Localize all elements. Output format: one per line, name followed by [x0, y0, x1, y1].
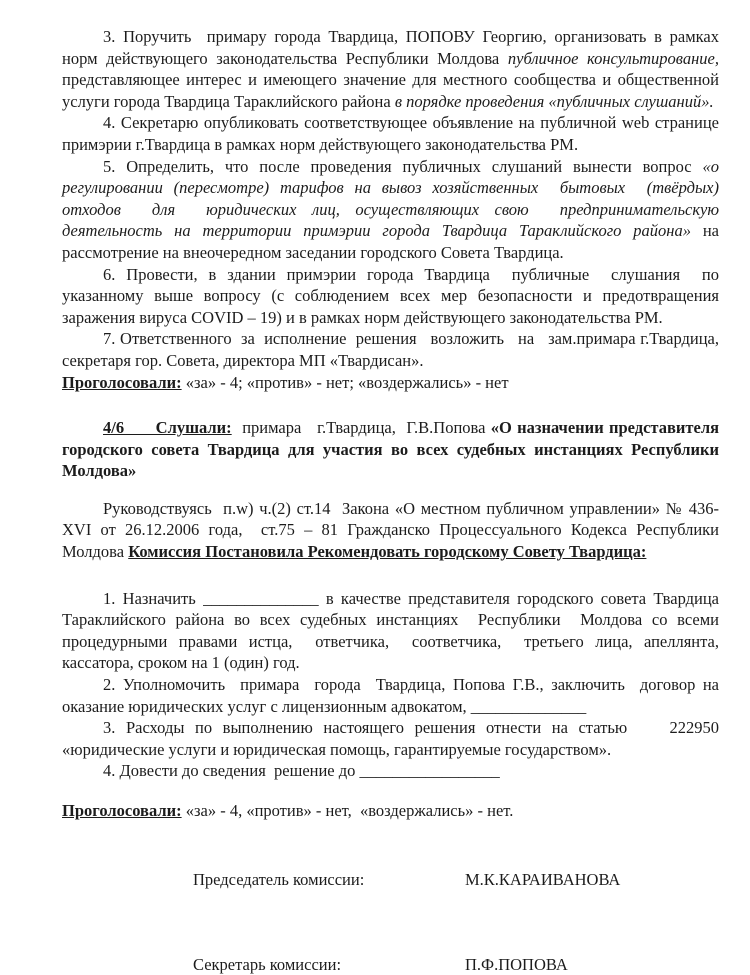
- signature-chairman-label: Председатель комиссии:: [193, 869, 465, 891]
- legal-basis: Руководствуясь п.w) ч.(2) ст.14 Закона «…: [62, 498, 719, 563]
- decision-item-5-run-0: 5. Определить, что после проведения публ…: [103, 157, 703, 176]
- decision-item-6: 6. Провести, в здании примэрии города Тв…: [62, 264, 719, 329]
- agenda-item-heading-run-0: 4/6 Слушали:: [103, 418, 232, 437]
- decision-item-3: 3. Поручить примару города Твардица, ПОП…: [62, 26, 719, 112]
- vote-result-2: Проголосовали: «за» - 4, «против» - нет,…: [62, 800, 719, 822]
- vote-result-2-run-1: «за» - 4, «против» - нет, «воздержались»…: [182, 801, 514, 820]
- vote-result-1: Проголосовали: «за» - 4; «против» - нет;…: [62, 372, 719, 394]
- agenda-item-heading-run-1: примара г.Твардица, Г.В.Попова: [232, 418, 491, 437]
- resolution-item-3: 3. Расходы по выполнению настоящего реше…: [62, 717, 719, 760]
- resolution-item-3-run-0: 3. Расходы по выполнению настоящего реше…: [62, 718, 719, 759]
- legal-basis-run-1: Комиссия Постановила Рекомендовать город…: [128, 542, 646, 561]
- vote-result-1-run-1: «за» - 4; «против» - нет; «воздержались»…: [182, 373, 509, 392]
- decision-item-4-run-0: 4. Секретарю опубликовать соответствующе…: [62, 113, 719, 154]
- vote-result-1-run-0: Проголосовали:: [62, 373, 182, 392]
- vote-result-2-run-0: Проголосовали:: [62, 801, 182, 820]
- decision-item-7: 7. Ответственного за исполнение решения …: [62, 328, 719, 371]
- decision-item-7-run-0: 7. Ответственного за исполнение решения …: [62, 329, 719, 370]
- signature-secretary: Секретарь комиссии:П.Ф.ПОПОВА: [62, 954, 719, 975]
- resolution-item-4-run-0: 4. Довести до сведения решение до ______…: [103, 761, 500, 780]
- resolution-item-4: 4. Довести до сведения решение до ______…: [62, 760, 719, 782]
- decision-item-6-run-0: 6. Провести, в здании примэрии города Тв…: [62, 265, 719, 327]
- resolution-item-1: 1. Назначить ______________ в качестве п…: [62, 588, 719, 674]
- signature-secretary-label: Секретарь комиссии:: [193, 954, 465, 975]
- resolution-item-2: 2. Уполномочить примара города Твардица,…: [62, 674, 719, 717]
- decision-item-4: 4. Секретарю опубликовать соответствующе…: [62, 112, 719, 155]
- document-body: 3. Поручить примару города Твардица, ПОП…: [62, 26, 719, 975]
- decision-item-5: 5. Определить, что после проведения публ…: [62, 156, 719, 264]
- agenda-item-heading: 4/6 Слушали: примара г.Твардица, Г.В.Поп…: [62, 417, 719, 482]
- signature-chairman-name: М.К.КАРАИВАНОВА: [465, 869, 620, 891]
- resolution-item-1-run-0: 1. Назначить ______________ в качестве п…: [62, 589, 719, 673]
- decision-item-3-run-1: публичное консультирование,: [508, 49, 719, 68]
- decision-item-3-run-3: в порядке проведения «публичных слушаний…: [395, 92, 714, 111]
- resolution-item-2-run-0: 2. Уполномочить примара города Твардица,…: [62, 675, 719, 716]
- signature-chairman: Председатель комиссии:М.К.КАРАИВАНОВА: [62, 869, 719, 891]
- signature-secretary-name: П.Ф.ПОПОВА: [465, 954, 568, 975]
- document-page: 3. Поручить примару города Твардица, ПОП…: [0, 0, 750, 975]
